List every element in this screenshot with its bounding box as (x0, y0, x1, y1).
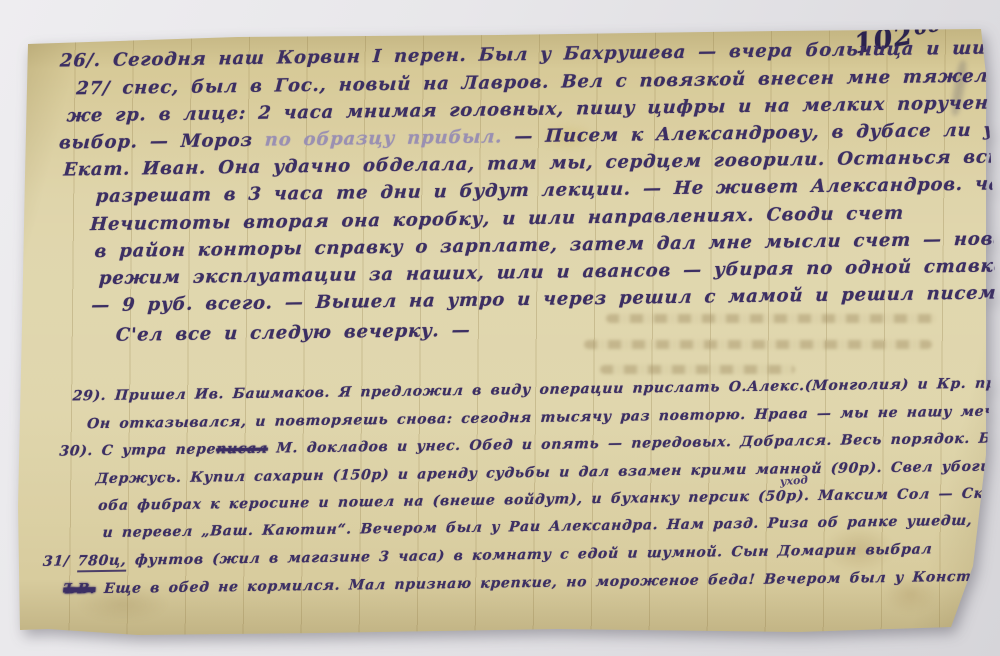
manuscript-line: оба фибрах к керосине и пошел на (внеше … (98, 484, 1000, 514)
manuscript-line: С'ел все и следую вечерку. — (115, 320, 471, 346)
struck-word: писал (216, 441, 269, 458)
superscript-insertion: уход (779, 473, 808, 488)
manuscript-line: ЪВ. Еще в обед не кормился. Мал признаю … (63, 566, 1000, 597)
manuscript-line: 29). Пришел Ив. Башмаков. Я предложил в … (72, 373, 1000, 404)
handwriting-layer: 102об 26/. Сегодня наш Корвин I перен. Б… (17, 14, 993, 641)
manuscript-line: Держусь. Купил сахарин (150р) и аренду с… (95, 458, 1000, 487)
faded-ink-segment: по образцу прибыл. (264, 126, 503, 150)
underlined-amount: 780ц, (77, 553, 127, 573)
manuscript-page-wrap: 102об 26/. Сегодня наш Корвин I перен. Б… (18, 26, 986, 640)
line-segment: Еще в обед не кормился. Мал признаю креп… (95, 566, 1000, 597)
page-number-suffix: об (912, 13, 944, 40)
manuscript-line: 31/780ц, фунтов (жил в магазине 3 часа) … (42, 541, 933, 569)
line-segment: выбор. — Мороз (58, 130, 265, 154)
manuscript-line: Нечистоты вторая она коробку, и шли напр… (90, 203, 905, 235)
manuscript-line: Он отказывался, и повторяешь снова: сего… (86, 403, 1000, 432)
line-segment: фунтов (жил в магазине 3 часа) в комнату… (126, 541, 933, 568)
photo-backdrop: 102об 26/. Сегодня наш Корвин I перен. Б… (0, 0, 1000, 656)
line-segment: М. докладов и унес. Обед и опять — перед… (267, 429, 1000, 457)
manuscript-line: и перевел „Ваш. Каютин“. Вечером был у Р… (102, 512, 1000, 541)
manuscript-page: 102об 26/. Сегодня наш Корвин I перен. Б… (18, 26, 986, 640)
manuscript-line: 26/. Сегодня наш Корвин I перен. Был у Б… (59, 37, 1000, 72)
manuscript-line: — 9 руб. всего. — Вышел на утро и через … (91, 282, 1000, 316)
line-segment: — Писем к Александрову, в дубасе ли ушел (502, 119, 1000, 148)
manuscript-line: 30). С утра переписал М. докладов и унес… (59, 429, 1000, 460)
entry-number: 31/ (42, 553, 70, 569)
crossed-out-mark: ЪВ. (63, 581, 96, 597)
line-segment: 30). С утра пере (59, 441, 217, 459)
